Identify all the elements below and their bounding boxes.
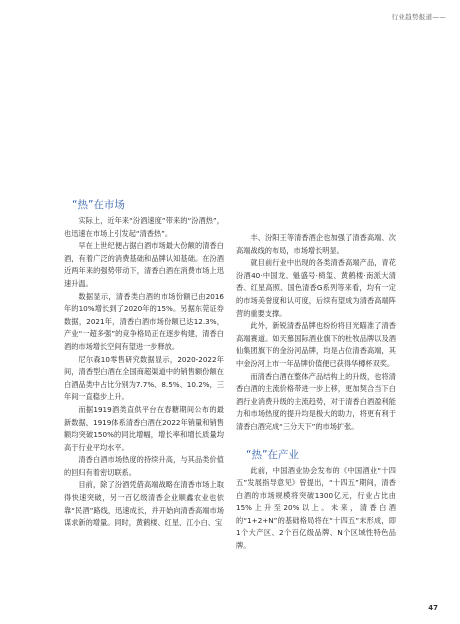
page-number: 47 <box>428 604 438 612</box>
paragraph: 丰、汾阳王等清香酒企也加强了清香高端、次高端战线的布局，市场增长明显。 <box>236 232 396 257</box>
left-column: “热”在市场 实际上，近年来“汾酒速度”带来的“汾酒热”，也迅速在市场上引发起“… <box>64 198 224 530</box>
paragraph: 而据1919酒类直供平台在春糖期间公布的最新数据，1919体系清香白酒在2022… <box>64 404 224 454</box>
paragraph: 实际上，近年来“汾酒速度”带来的“汾酒热”，也迅速在市场上引发起“清香热”。 <box>64 215 224 240</box>
paragraph: 此前，中国酒业协会发布的《中国酒业“十四五”发展指导意见》曾提出，“十四五”期间… <box>236 465 396 553</box>
paragraph: 而清香白酒在整体产品结构上的升级，也将清香白酒的主流价格带进一步上移，更加契合当… <box>236 371 396 434</box>
running-header: 行业趋势报道—— <box>392 12 446 21</box>
paragraph: 早在上世纪便占据白酒市场最大份额的清香白酒，有着广泛的消费基础和品牌认知基础。在… <box>64 240 224 290</box>
section-title-industry: “热”在产业 <box>246 448 396 462</box>
paragraph: 尼尔森10零售研究数据显示，2020-2022年间，清香型白酒在全国商超渠道中的… <box>64 354 224 404</box>
paragraph: 此外，新锐清香品牌也纷纷将目光瞄准了清香高端赛道。如天慕国际酒业旗下的杜牧品牌以… <box>236 320 396 370</box>
paragraph: 数据显示，清香类白酒的市场份额已由2016年的10%增长到了2020年的15%。… <box>64 291 224 354</box>
paragraph: 目前，除了汾酒凭借高端战略在清香市场上取得快速突破，另一百亿级清香企业顺鑫农业也… <box>64 479 224 529</box>
paragraph: 清香白酒市场热度的持续升高，与其品类价值的回归有着密切联系。 <box>64 454 224 479</box>
section-title-market: “热”在市场 <box>72 198 224 212</box>
right-column: 丰、汾阳王等清香酒企也加强了清香高端、次高端战线的布局，市场增长明显。 就目前行… <box>236 232 396 553</box>
paragraph: 就目前行业中出现的各类清香高端产品，青花汾酒40·中国龙、魁盛号·椅玺、黄鹤楼·… <box>236 257 396 320</box>
